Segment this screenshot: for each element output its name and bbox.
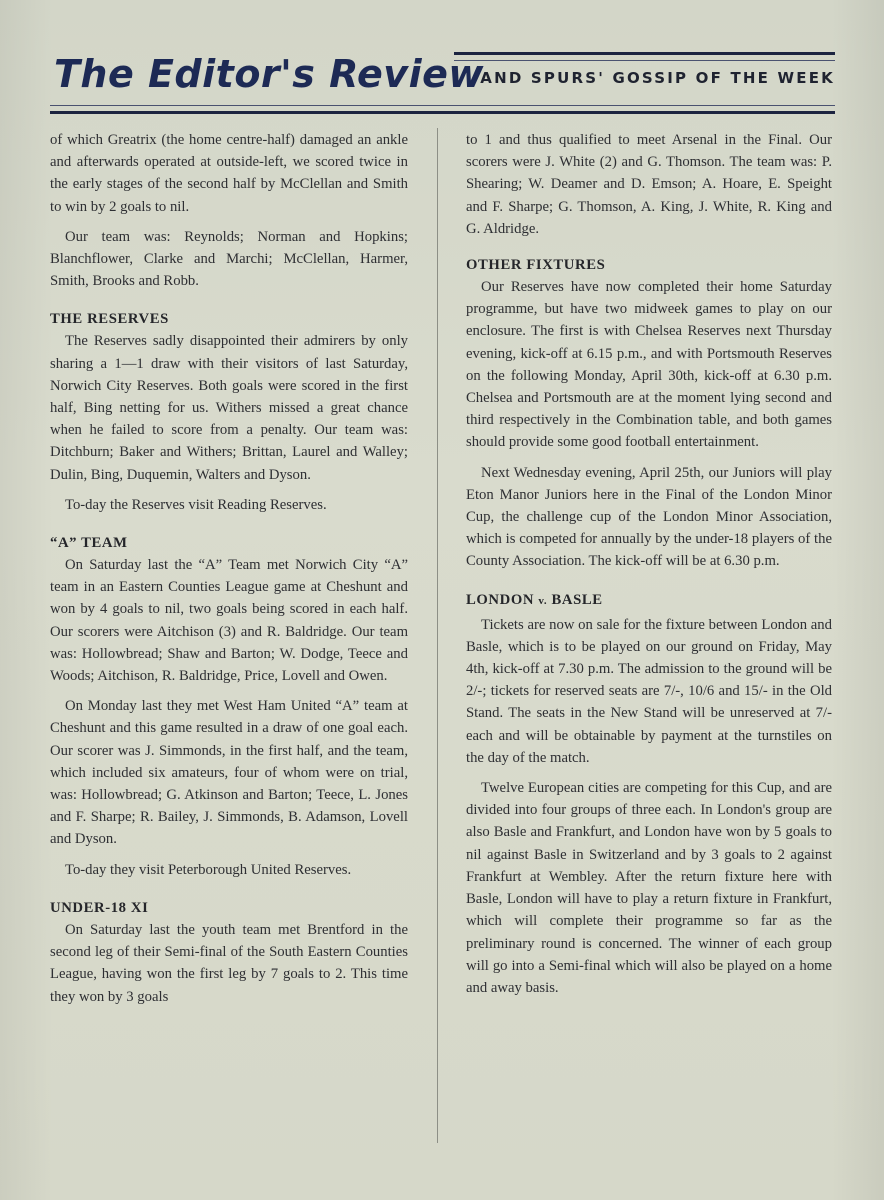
masthead-top-rule <box>454 52 835 61</box>
heading-basle: BASLE <box>551 592 602 608</box>
paragraph: On Saturday last the “A” Team met Norwic… <box>50 554 408 687</box>
paragraph: of which Greatrix (the home centre-half)… <box>50 129 408 218</box>
paragraph: Tickets are now on sale for the fixture … <box>466 614 832 769</box>
paragraph: The Reserves sadly disappointed their ad… <box>50 330 408 485</box>
paragraph: Our team was: Reynolds; Norman and Hopki… <box>50 226 408 293</box>
paragraph: Next Wednesday evening, April 25th, our … <box>466 462 832 573</box>
page-title: The Editor's Review <box>54 52 484 96</box>
paragraph: To-day they visit Peterborough United Re… <box>50 859 408 881</box>
section-heading-other-fixtures: OTHER FIXTURES <box>466 254 832 276</box>
right-column: to 1 and thus qualified to meet Arsenal … <box>466 129 832 999</box>
section-heading-under18: UNDER-18 XI <box>50 897 408 919</box>
left-column: of which Greatrix (the home centre-half)… <box>50 129 408 1008</box>
section-heading-a-team: “A” TEAM <box>50 532 408 554</box>
paragraph: On Saturday last the youth team met Bren… <box>50 919 408 1008</box>
page-subtitle: AND SPURS' GOSSIP OF THE WEEK <box>480 69 835 87</box>
section-heading-london-basle: LONDON v. BASLE <box>466 589 832 612</box>
paragraph: To-day the Reserves visit Reading Reserv… <box>50 494 408 516</box>
masthead-bottom-rule <box>50 105 835 114</box>
paragraph: Twelve European cities are competing for… <box>466 777 832 999</box>
column-divider <box>437 128 438 1143</box>
section-heading-reserves: THE RESERVES <box>50 308 408 330</box>
paragraph: Our Reserves have now completed their ho… <box>466 276 832 454</box>
paragraph: On Monday last they met West Ham United … <box>50 695 408 850</box>
heading-versus: v. <box>538 595 547 607</box>
paragraph: to 1 and thus qualified to meet Arsenal … <box>466 129 832 240</box>
masthead: The Editor's Review AND SPURS' GOSSIP OF… <box>50 46 835 116</box>
heading-london: LONDON <box>466 592 534 608</box>
